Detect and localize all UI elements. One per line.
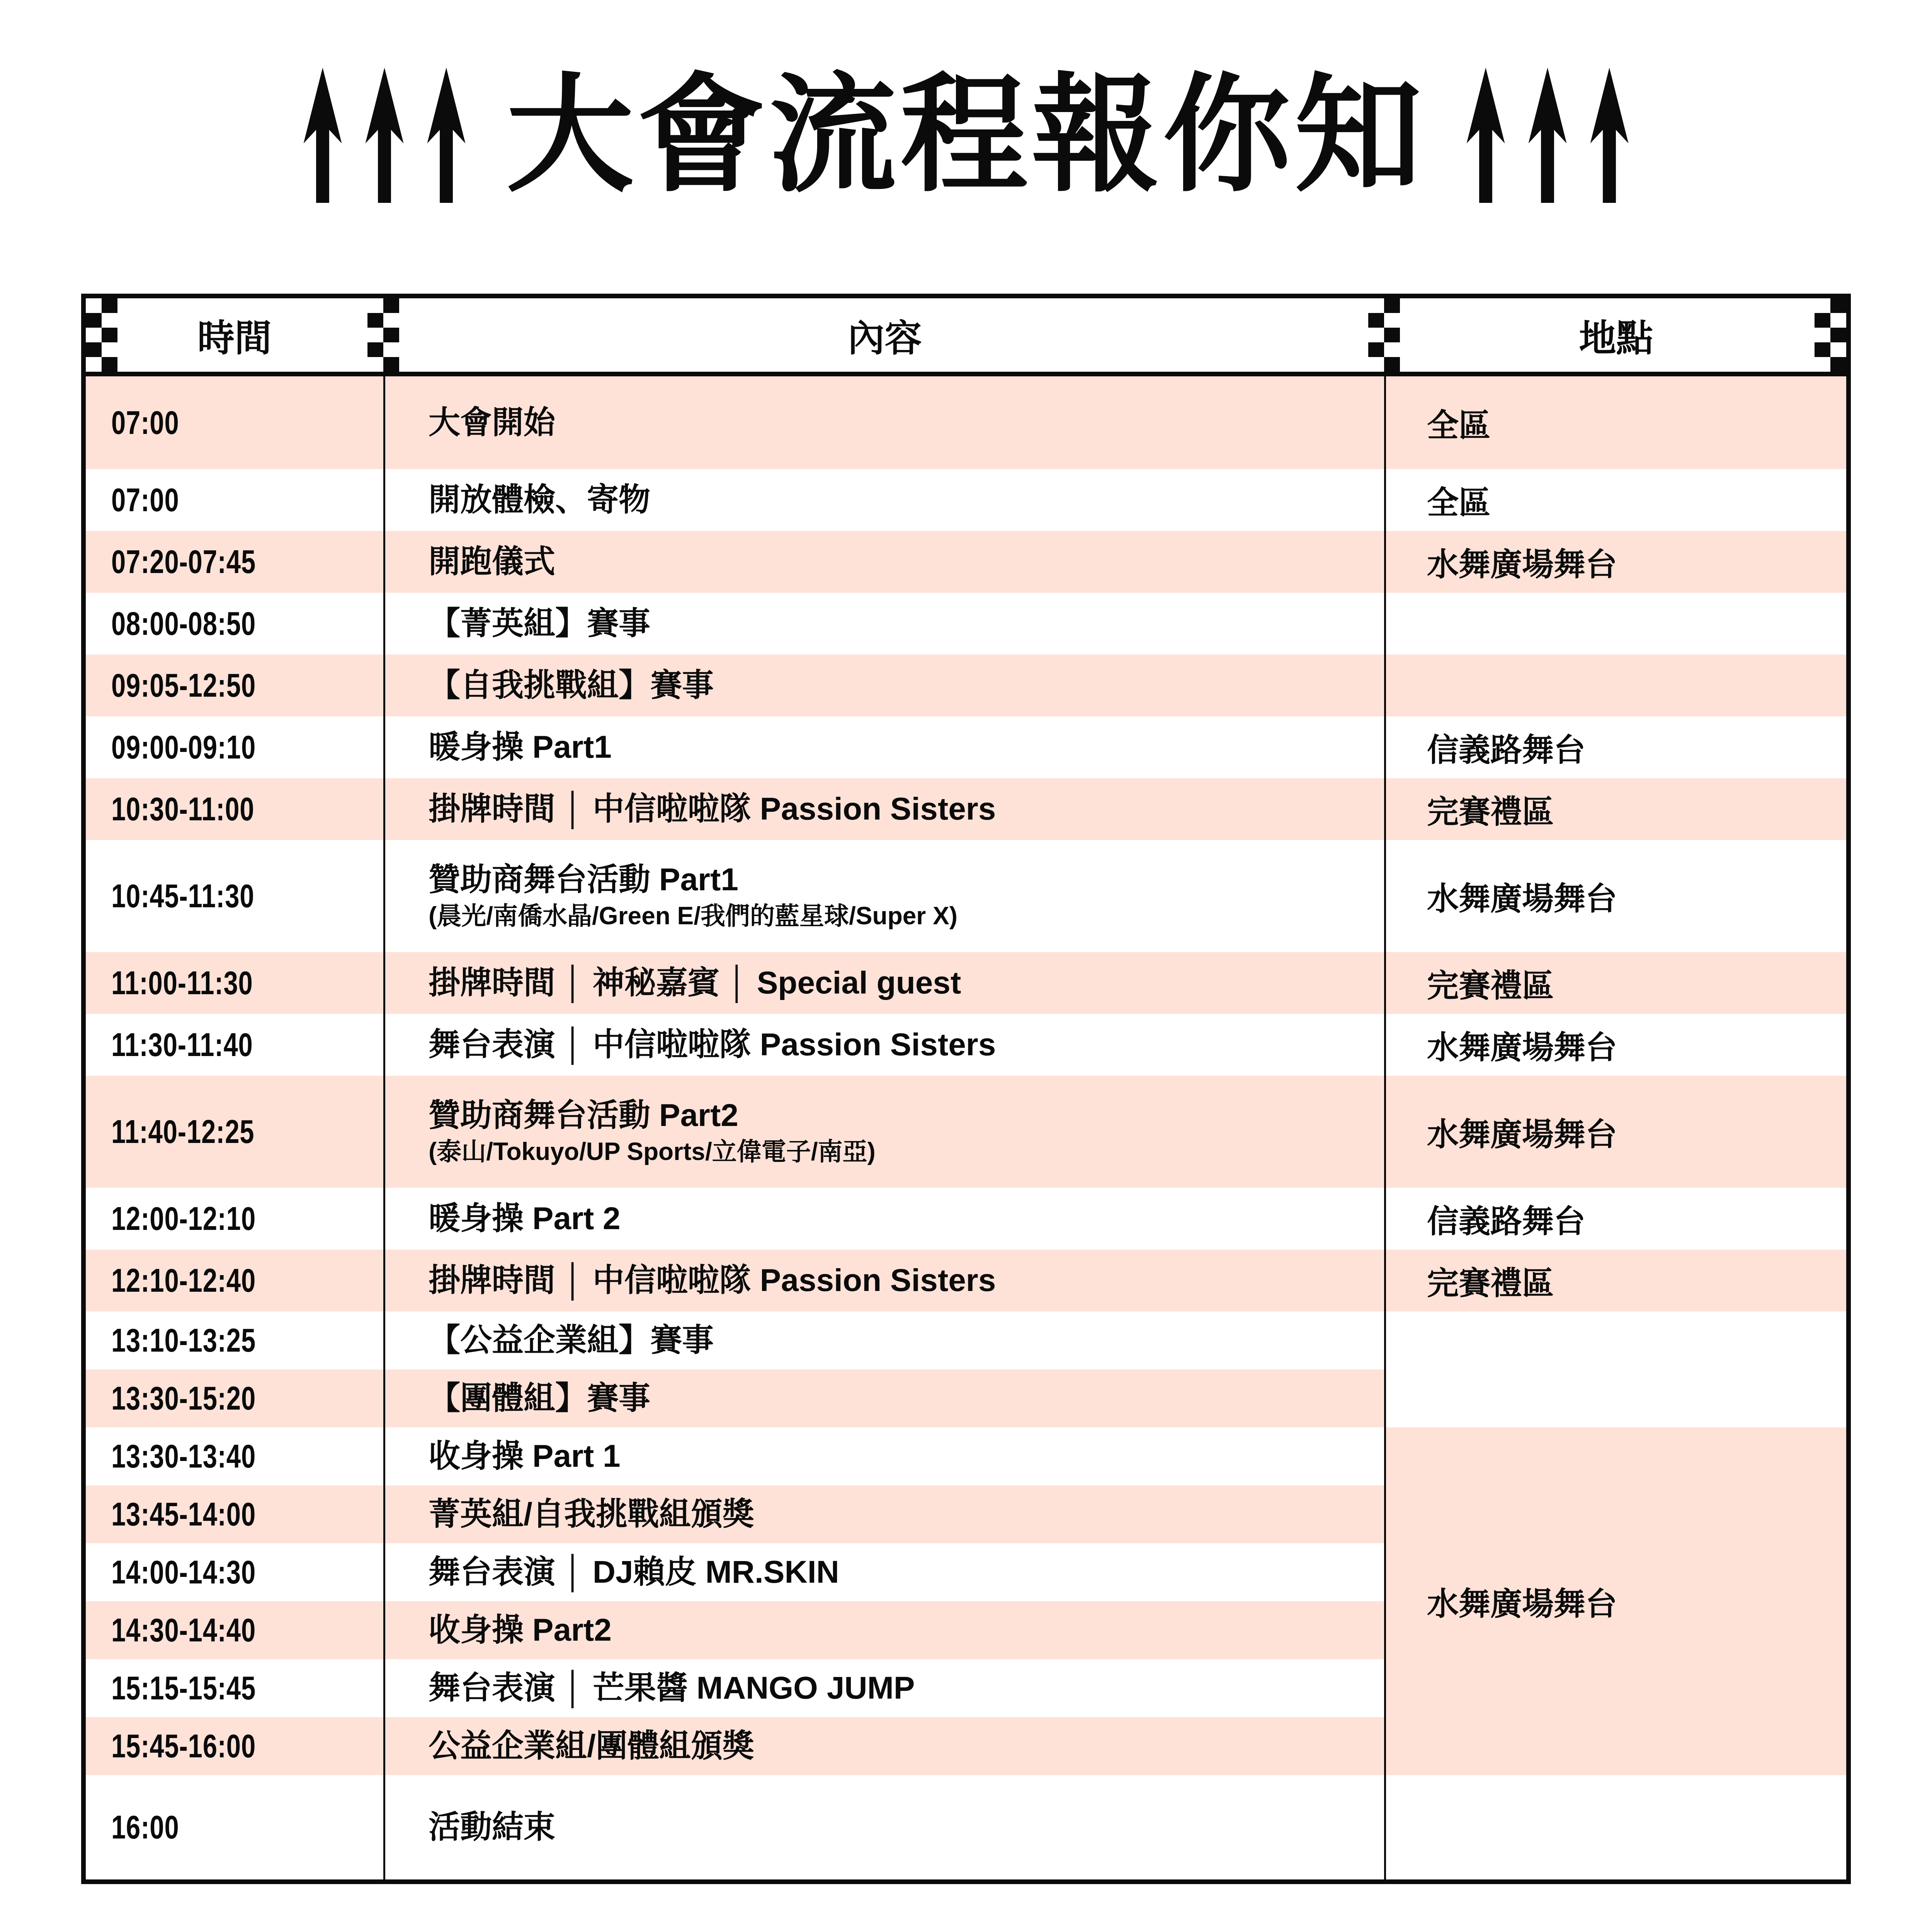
time-cell: 11:00-11:30 (86, 952, 383, 1014)
location-cell: 水舞廣場舞台 (1384, 1014, 1846, 1076)
content-cell: 【團體組】賽事 (383, 1369, 1384, 1427)
up-arrow-icon (1461, 68, 1511, 203)
location-cell (1384, 593, 1846, 655)
time-cell: 13:30-13:40 (86, 1427, 383, 1485)
time-cell: 14:00-14:30 (86, 1543, 383, 1601)
up-arrows-right (1461, 68, 1634, 203)
location-cell: 完賽禮區 (1384, 952, 1846, 1014)
table-body: 07:00 大會開始 全區 07:00 開放體檢、寄物 全區 07:20-07:… (86, 376, 1846, 1879)
header-location: 地點 (1384, 298, 1846, 372)
content-cell: 【自我挑戰組】賽事 (383, 655, 1384, 716)
time-cell: 11:40-12:25 (86, 1076, 383, 1188)
time-cell: 16:00 (86, 1775, 383, 1879)
time-cell: 12:00-12:10 (86, 1188, 383, 1250)
time-cell: 07:00 (86, 376, 383, 469)
content-cell: 掛牌時間 │ 中信啦啦隊 Passion Sisters (383, 778, 1384, 840)
time-cell: 08:00-08:50 (86, 593, 383, 655)
time-cell: 15:15-15:45 (86, 1659, 383, 1717)
content-cell: 掛牌時間 │ 神秘嘉賓 │ Special guest (383, 952, 1384, 1014)
location-cell: 全區 (1384, 469, 1846, 531)
location-cell: 水舞廣場舞台 (1384, 840, 1846, 952)
content-cell: 掛牌時間 │ 中信啦啦隊 Passion Sisters (383, 1250, 1384, 1311)
location-cell: 完賽禮區 (1384, 778, 1846, 840)
location-cell: 信義路舞台 (1384, 716, 1846, 778)
time-cell: 07:00 (86, 469, 383, 531)
content-cell: 菁英組/自我挑戰組頒獎 (383, 1485, 1384, 1543)
time-cell: 09:00-09:10 (86, 716, 383, 778)
checkered-flag-icon (1815, 298, 1846, 372)
checkered-flag-icon (367, 298, 399, 372)
time-cell: 13:30-15:20 (86, 1369, 383, 1427)
content-cell: 【菁英組】賽事 (383, 593, 1384, 655)
header-time: 時間 (86, 298, 383, 372)
checkered-flag-icon (1368, 298, 1400, 372)
title-text: 大會流程報你知 (506, 71, 1426, 199)
content-cell: 大會開始 (383, 376, 1384, 469)
schedule-poster: 大會流程報你知 時間 內容 地點 07:00 大會開始 全區 07:00 開放體… (0, 0, 1932, 1932)
location-cell (1384, 655, 1846, 716)
content-cell: 舞台表演 │ 中信啦啦隊 Passion Sisters (383, 1014, 1384, 1076)
content-cell: 暖身操 Part 2 (383, 1188, 1384, 1250)
content-cell: 收身操 Part 1 (383, 1427, 1384, 1485)
time-cell: 13:10-13:25 (86, 1311, 383, 1369)
up-arrow-icon (298, 68, 348, 203)
content-cell: 公益企業組/團體組頒獎 (383, 1717, 1384, 1775)
content-cell: 舞台表演 │ 芒果醬 MANGO JUMP (383, 1659, 1384, 1717)
content-cell: 贊助商舞台活動 Part1 (晨光/南僑水晶/Green E/我們的藍星球/Su… (383, 840, 1384, 952)
content-cell: 收身操 Part2 (383, 1601, 1384, 1659)
location-cell (1384, 1775, 1846, 1879)
location-cell: 信義路舞台 (1384, 1188, 1846, 1250)
content-cell: 開跑儀式 (383, 531, 1384, 593)
table-header-row: 時間 內容 地點 (86, 298, 1846, 376)
up-arrow-icon (1522, 68, 1573, 203)
time-cell: 09:05-12:50 (86, 655, 383, 716)
content-cell: 舞台表演 │ DJ賴皮 MR.SKIN (383, 1543, 1384, 1601)
time-cell: 13:45-14:00 (86, 1485, 383, 1543)
up-arrow-icon (421, 68, 471, 203)
up-arrow-icon (1584, 68, 1634, 203)
schedule-table: 時間 內容 地點 07:00 大會開始 全區 07:00 開放體檢、寄物 全區 … (81, 294, 1851, 1884)
location-cell: 水舞廣場舞台 (1384, 1076, 1846, 1188)
header-content: 內容 (383, 298, 1384, 372)
content-cell: 活動結束 (383, 1775, 1384, 1879)
location-cell: 全區 (1384, 376, 1846, 469)
time-cell: 15:45-16:00 (86, 1717, 383, 1775)
time-cell: 10:30-11:00 (86, 778, 383, 840)
location-cell-merged-empty (1384, 1311, 1846, 1427)
time-cell: 07:20-07:45 (86, 531, 383, 593)
time-cell: 11:30-11:40 (86, 1014, 383, 1076)
content-cell: 開放體檢、寄物 (383, 469, 1384, 531)
time-cell: 10:45-11:30 (86, 840, 383, 952)
time-cell: 12:10-12:40 (86, 1250, 383, 1311)
content-cell: 暖身操 Part1 (383, 716, 1384, 778)
page-title: 大會流程報你知 (0, 39, 1932, 232)
content-cell: 贊助商舞台活動 Part2 (泰山/Tokuyo/UP Sports/立偉電子/… (383, 1076, 1384, 1188)
location-cell: 完賽禮區 (1384, 1250, 1846, 1311)
checkered-flag-icon (86, 298, 117, 372)
time-cell: 14:30-14:40 (86, 1601, 383, 1659)
location-cell: 水舞廣場舞台 (1384, 531, 1846, 593)
location-cell-merged-venue: 水舞廣場舞台 (1384, 1427, 1846, 1775)
content-cell: 【公益企業組】賽事 (383, 1311, 1384, 1369)
up-arrows-left (298, 68, 471, 203)
up-arrow-icon (359, 68, 410, 203)
